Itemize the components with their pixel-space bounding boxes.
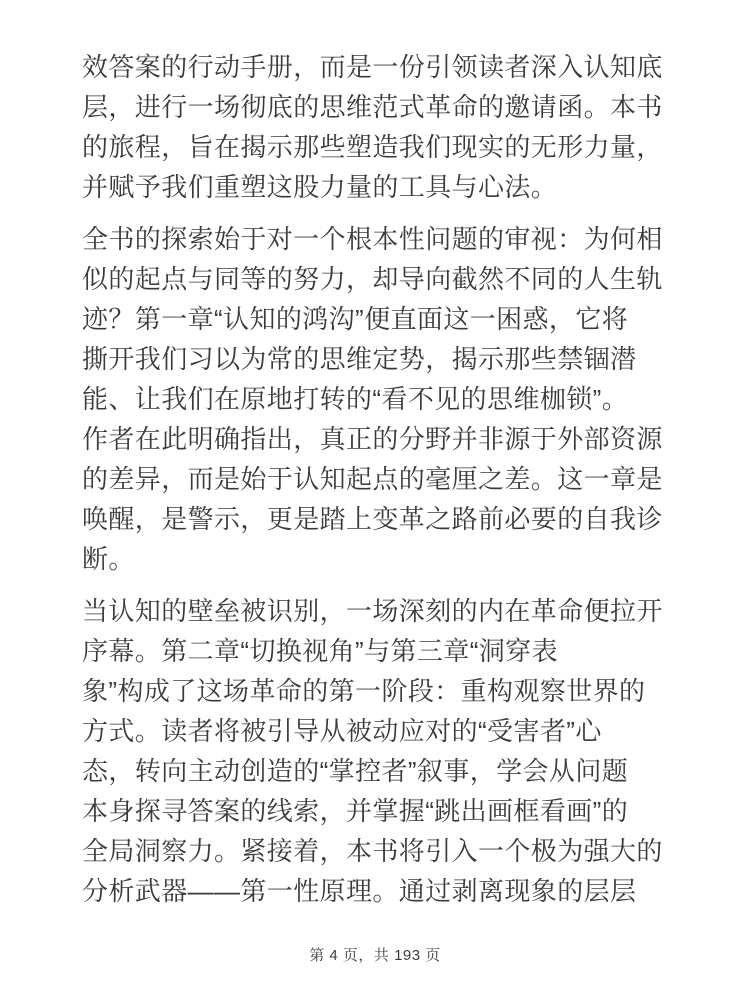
document-text: 效答案的行动手册，而是一份引领读者深入认知底 层，进行一场彻底的思维范式革命的邀… [82, 47, 672, 923]
page-footer: 第 4 页，共 193 页 [0, 946, 750, 966]
paragraph-1: 效答案的行动手册，而是一份引领读者深入认知底 层，进行一场彻底的思维范式革命的邀… [82, 47, 672, 207]
paragraph-3: 当认知的壁垒被识别，一场深刻的内在革命便拉开 序幕。第二章“切换视角”与第三章“… [82, 591, 672, 911]
page-indicator: 第 4 页，共 193 页 [309, 947, 441, 964]
paragraph-2: 全书的探索始于对一个根本性问题的审视：为何相 似的起点与同等的努力，却导向截然不… [82, 219, 672, 579]
document-page: 效答案的行动手册，而是一份引领读者深入认知底 层，进行一场彻底的思维范式革命的邀… [0, 0, 750, 1000]
